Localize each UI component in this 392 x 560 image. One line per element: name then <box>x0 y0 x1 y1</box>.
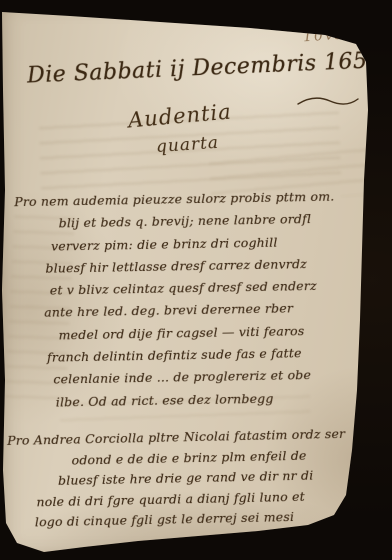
manuscript-scan: 10v3 Die Sabbati ij Decembris 1650 Auden… <box>0 0 392 560</box>
session-title: Audentia <box>127 100 232 133</box>
heading-date-line: Die Sabbati ij Decembris 1650 <box>27 48 373 88</box>
paragraph-2: Pro Andrea Corciolla pltre Nicolai fatas… <box>7 423 385 534</box>
paragraph-1: Pro nem audemia pieuzze sulorz probis pt… <box>14 185 382 414</box>
parchment-page: 10v3 Die Sabbati ij Decembris 1650 Auden… <box>0 0 392 560</box>
underline-flourish-icon <box>296 94 360 108</box>
session-number: quarta <box>155 133 219 157</box>
folio-number: 10v3 <box>303 25 374 46</box>
